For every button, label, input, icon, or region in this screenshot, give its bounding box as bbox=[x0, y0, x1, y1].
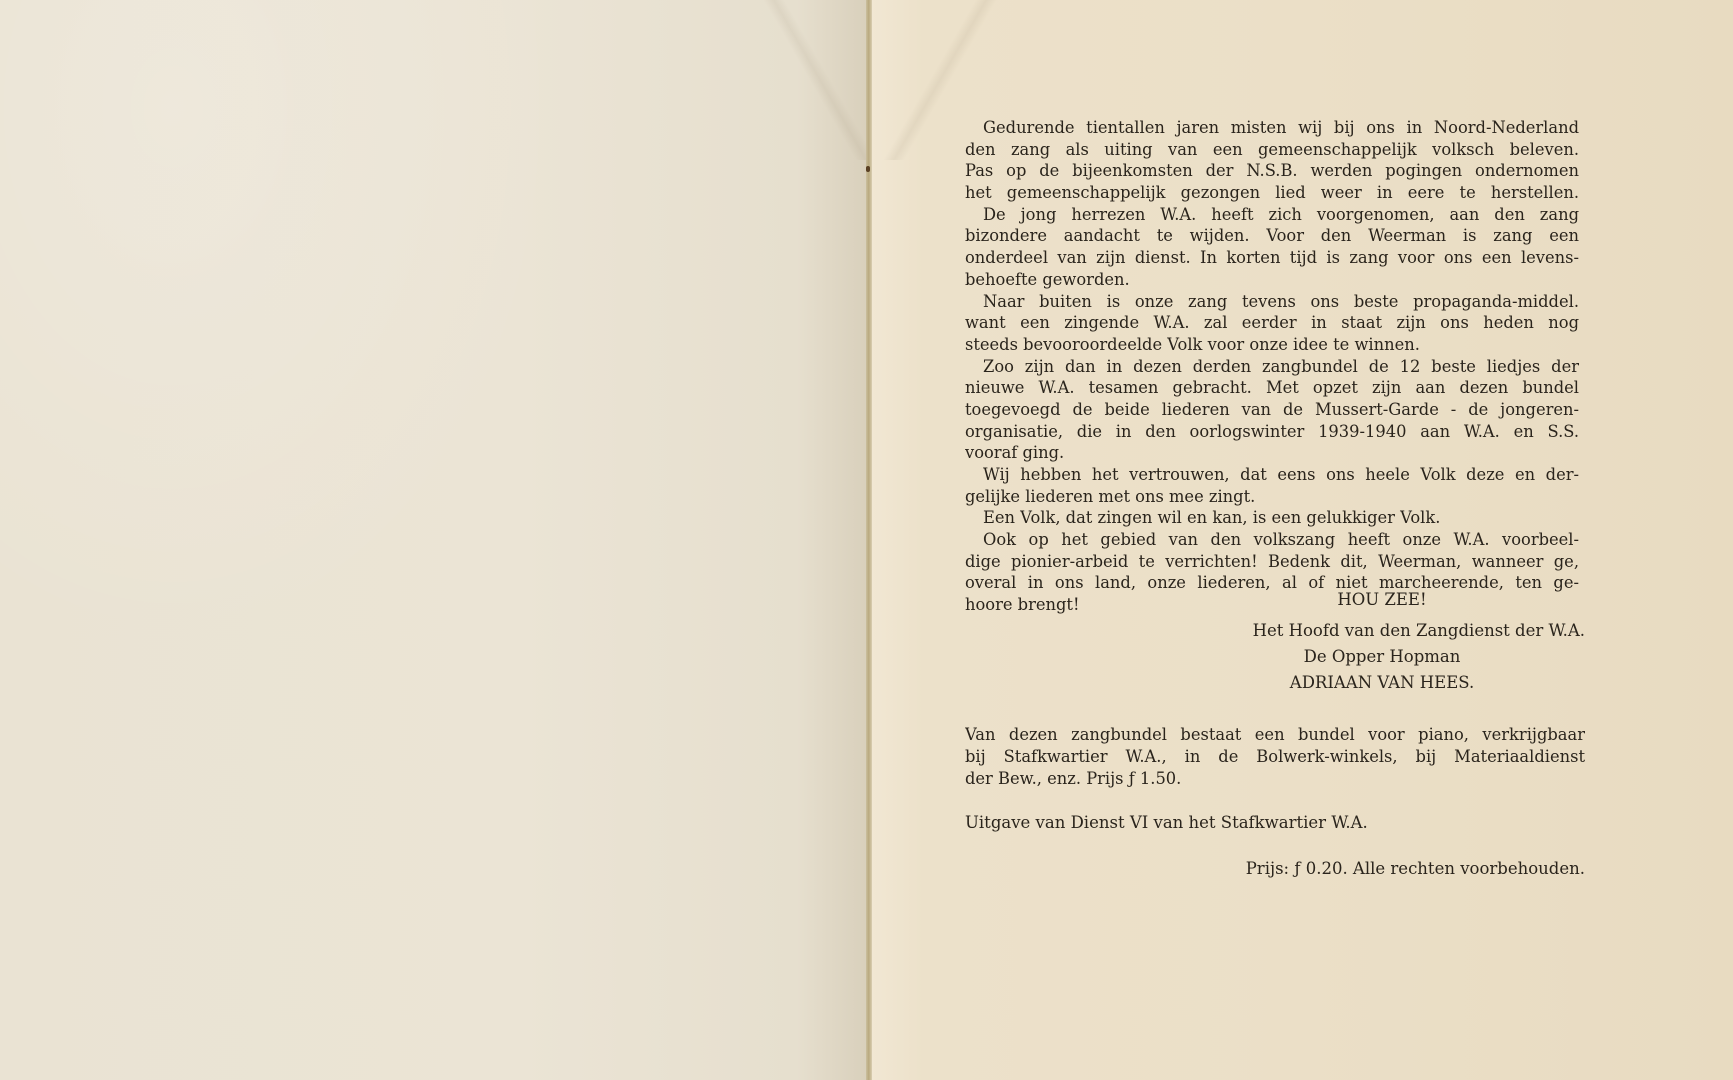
staple-mark bbox=[866, 166, 870, 172]
text-line: bizondere aandacht te wijden. Voor den W… bbox=[965, 225, 1579, 247]
text-line: vooraf ging. bbox=[965, 442, 1579, 464]
text-line: Van dezen zangbundel bestaat een bundel … bbox=[965, 724, 1585, 746]
text-line: toegevoegd de beide liederen van de Muss… bbox=[965, 399, 1579, 421]
piano-edition-notice: Van dezen zangbundel bestaat een bundel … bbox=[965, 724, 1585, 790]
text-line: bij Stafkwartier W.A., in de Bolwerk-win… bbox=[965, 746, 1585, 768]
paper-crease bbox=[760, 0, 880, 160]
text-line: Ook op het gebied van den volkszang heef… bbox=[965, 529, 1579, 551]
text-line: overal in ons land, onze liederen, al of… bbox=[965, 572, 1579, 594]
signature-title: Het Hoofd van den Zangdienst der W.A. bbox=[1180, 621, 1585, 640]
text-line: gelijke liederen met ons mee zingt. bbox=[965, 486, 1579, 508]
price-line: Prijs: ƒ 0.20. Alle rechten voorbehouden… bbox=[1185, 859, 1585, 878]
text-line: Pas op de bijeenkomsten der N.S.B. werde… bbox=[965, 160, 1579, 182]
text-line: der Bew., enz. Prijs ƒ 1.50. bbox=[965, 768, 1585, 790]
text-line: Naar buiten is onze zang tevens ons best… bbox=[965, 291, 1579, 313]
text-line: De jong herrezen W.A. heeft zich voorgen… bbox=[965, 204, 1579, 226]
text-line: het gemeenschappelijk gezongen lied weer… bbox=[965, 182, 1579, 204]
text-line: dige pionier-arbeid te verrichten! Beden… bbox=[965, 551, 1579, 573]
text-line: Zoo zijn dan in dezen derden zangbundel … bbox=[965, 356, 1579, 378]
text-line: behoefte geworden. bbox=[965, 269, 1579, 291]
publisher-line: Uitgave van Dienst VI van het Stafkwarti… bbox=[965, 813, 1368, 832]
text-line: organisatie, die in den oorlogswinter 19… bbox=[965, 421, 1579, 443]
foreword-text: Gedurende tientallen jaren misten wij bi… bbox=[965, 117, 1579, 616]
signature-rank: De Opper Hopman bbox=[1282, 647, 1482, 666]
text-line: steeds bevooroordeelde Volk voor onze id… bbox=[965, 334, 1579, 356]
text-line: nieuwe W.A. tesamen gebracht. Met opzet … bbox=[965, 377, 1579, 399]
text-line: onderdeel van zijn dienst. In korten tij… bbox=[965, 247, 1579, 269]
salute-heading: HOU ZEE! bbox=[1282, 590, 1482, 609]
text-line: den zang als uiting van een gemeenschapp… bbox=[965, 139, 1579, 161]
book-gutter bbox=[866, 0, 872, 1080]
text-line: Wij hebben het vertrouwen, dat eens ons … bbox=[965, 464, 1579, 486]
text-line: want een zingende W.A. zal eerder in sta… bbox=[965, 312, 1579, 334]
left-page-blank bbox=[0, 0, 866, 1080]
signature-name: ADRIAAN VAN HEES. bbox=[1232, 673, 1532, 692]
text-line: Een Volk, dat zingen wil en kan, is een … bbox=[965, 507, 1579, 529]
text-line: Gedurende tientallen jaren misten wij bi… bbox=[965, 117, 1579, 139]
text-line: hoore brengt! bbox=[965, 594, 1579, 616]
